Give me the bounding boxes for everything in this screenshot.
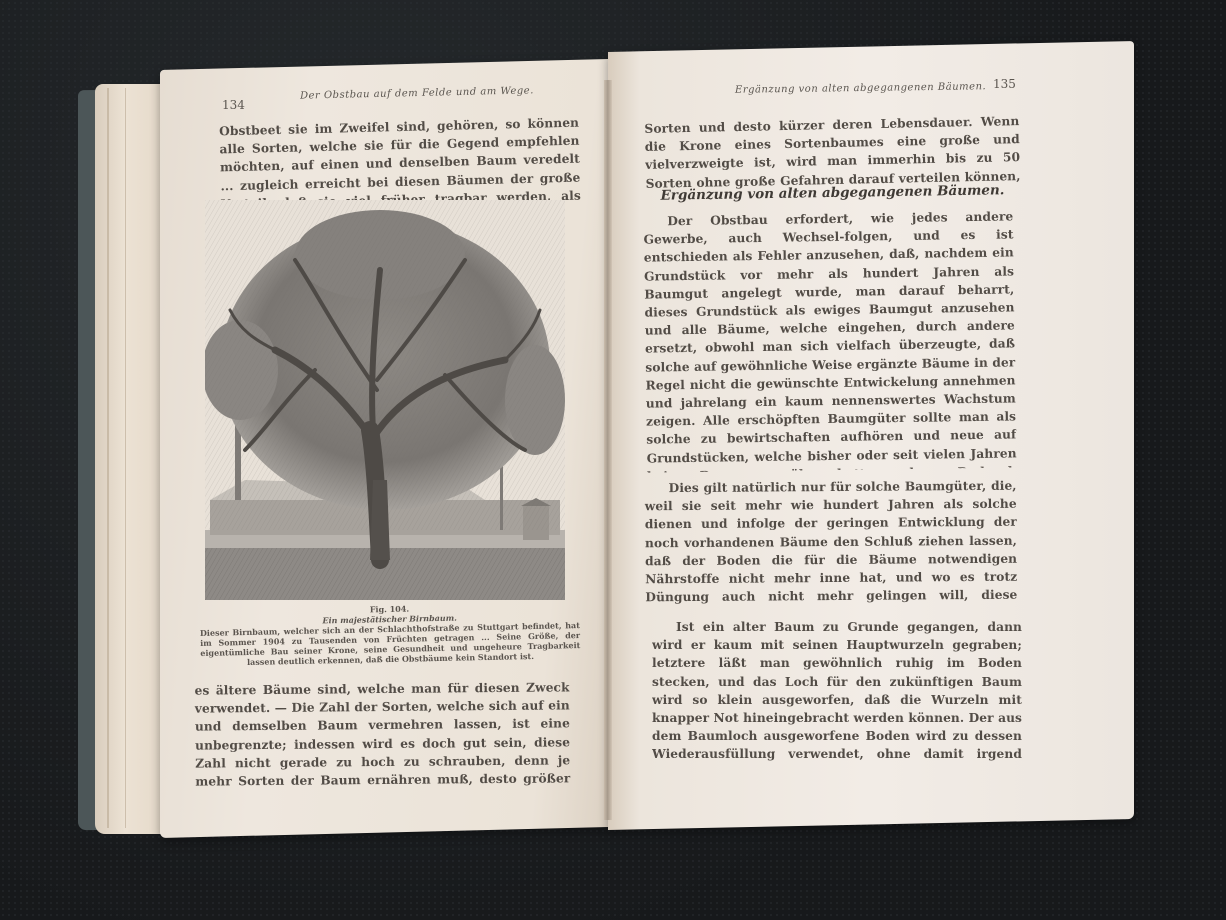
paragraph-2: Dies gilt natürlich nur für solche Baumg… xyxy=(645,477,1018,608)
left-page-number: 134 xyxy=(222,98,245,112)
paragraph-1: Der Obstbau erfordert, wie jedes andere … xyxy=(643,207,1017,472)
paragraph-text: Ist ein alter Baum zu Grunde gegangen, d… xyxy=(652,618,1022,764)
right-page-top-text: Sorten und desto kürzer deren Lebensdaue… xyxy=(644,112,1020,194)
figure-description: Dieser Birnbaum, welcher sich an der Sch… xyxy=(200,620,581,668)
paragraph-3: Ist ein alter Baum zu Grunde gegangen, d… xyxy=(652,618,1022,764)
book-gutter xyxy=(604,80,612,820)
page-stack-left xyxy=(95,84,170,834)
right-page-number: 135 xyxy=(993,77,1016,91)
tree-illustration xyxy=(205,200,565,600)
left-page-bottom-text: es ältere Bäume sind, welche man für die… xyxy=(195,678,571,791)
pear-tree-engraving-icon xyxy=(205,200,565,600)
figure-caption: Fig. 104. Ein majestätischer Birnbaum. D… xyxy=(199,600,580,668)
paragraph-text: Dies gilt natürlich nur für solche Baumg… xyxy=(645,477,1018,608)
paragraph-text: Der Obstbau erfordert, wie jedes andere … xyxy=(643,207,1017,472)
